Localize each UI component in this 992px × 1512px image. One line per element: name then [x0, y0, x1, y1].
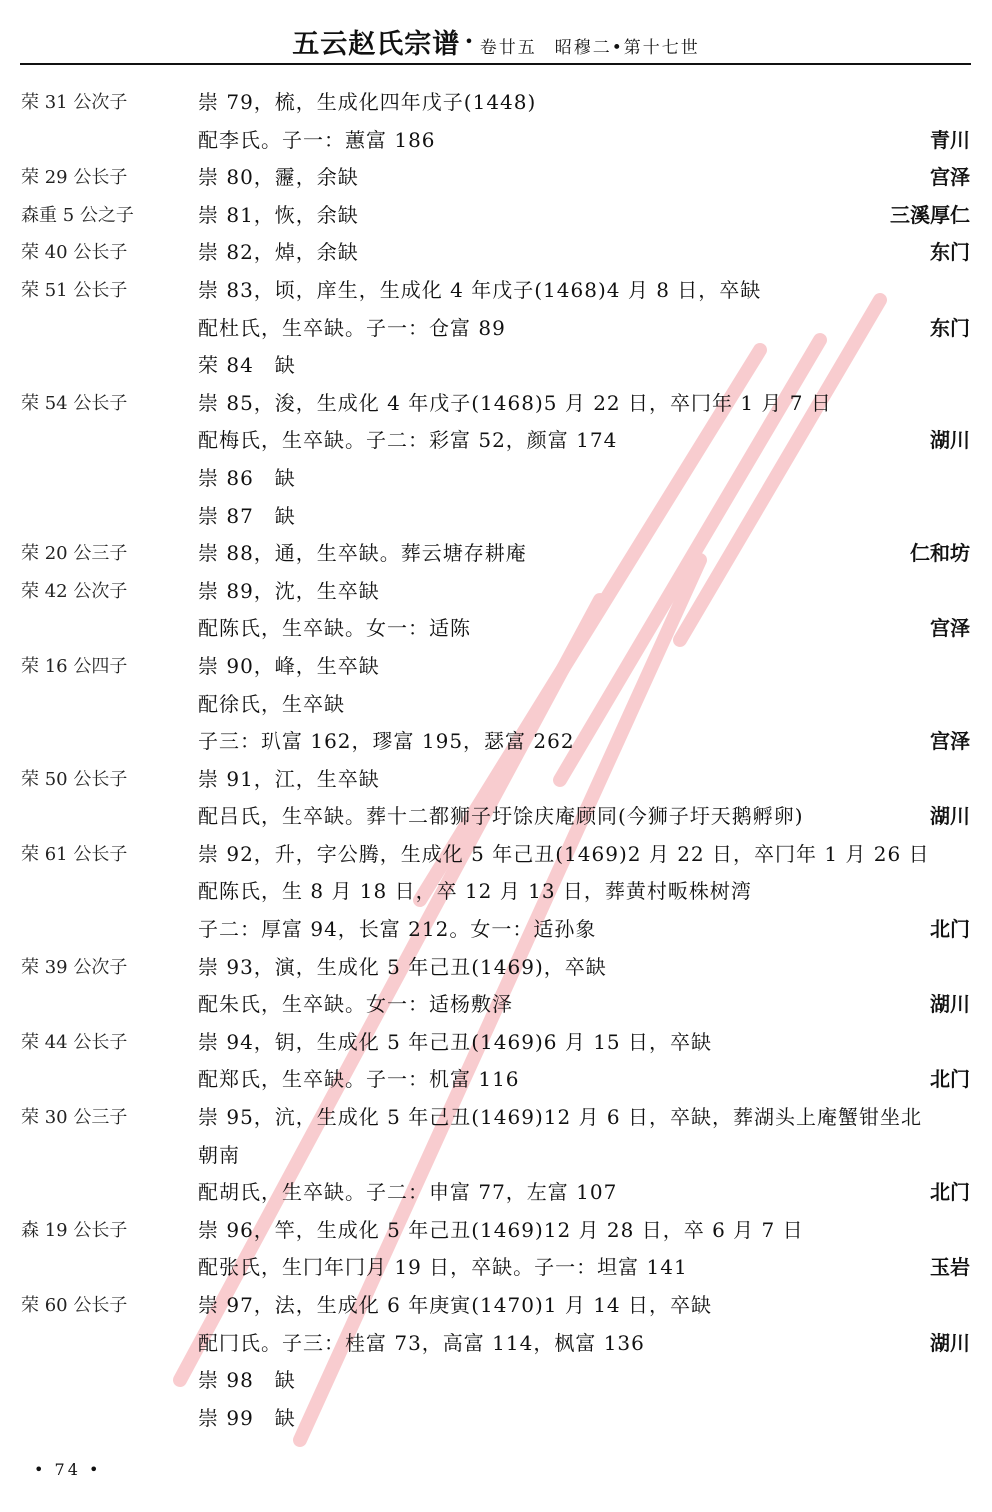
place-label: 宫泽: [930, 159, 970, 197]
entry-row: 子三：玐富 162，璆富 195，瑟富 262宫泽: [0, 723, 992, 761]
parent-label: 荣 61 公长子: [21, 836, 127, 874]
entry-row: 配张氏，生冂年冂月 19 日，卒缺。子一：坦富 141玉岩: [0, 1249, 992, 1287]
place-label: 青川: [930, 122, 970, 160]
entry-text: 配陈氏，生 8 月 18 日，卒 12 月 13 日，葬黄村畈株树湾: [198, 873, 752, 911]
section-label: 昭穆二: [555, 38, 612, 58]
entry-row: 配吕氏，生卒缺。葬十二都狮子圩馀庆庵顾同(今狮子圩天鹅孵卵)湖川: [0, 798, 992, 836]
entry-row: 荣 61 公长子崇 92，升，字公腾，生成化 5 年己丑(1469)2 月 22…: [0, 836, 992, 874]
entry-row: 荣 84 缺: [0, 347, 992, 385]
entry-row: 配徐氏，生卒缺: [0, 686, 992, 724]
entry-text: 配胡氏，生卒缺。子二：申富 77，左富 107: [198, 1174, 617, 1212]
place-label: 北门: [930, 1174, 970, 1212]
entry-text: 配徐氏，生卒缺: [198, 686, 345, 724]
volume-label: 卷廿五: [480, 38, 537, 58]
entry-text: 崇 85，浚，生成化 4 年戊子(1468)5 月 22 日，卒冂年 1 月 7…: [198, 385, 832, 423]
place-label: 北门: [930, 1061, 970, 1099]
entry-text: 配朱氏，生卒缺。女一：适杨敷泽: [198, 986, 513, 1024]
entry-row: 崇 86 缺: [0, 460, 992, 498]
entry-row: 配郑氏，生卒缺。子一：机富 116北门: [0, 1061, 992, 1099]
entry-text: 子三：玐富 162，璆富 195，瑟富 262: [198, 723, 575, 761]
place-label: 宫泽: [930, 610, 970, 648]
header-rule: [20, 63, 971, 65]
entry-text: 配吕氏，生卒缺。葬十二都狮子圩馀庆庵顾同(今狮子圩天鹅孵卵): [198, 798, 804, 836]
entry-row: 森重 5 公之子崇 81，恢，余缺三溪厚仁: [0, 197, 992, 235]
entry-row: 子二：厚富 94，长富 212。女一：适孙象北门: [0, 911, 992, 949]
entry-text: 崇 79，梳，生成化四年戊子(1448): [198, 84, 536, 122]
place-label: 宫泽: [930, 723, 970, 761]
entry-text: 崇 88，通，生卒缺。葬云塘存耕庵: [198, 535, 527, 573]
parent-label: 森 19 公长子: [21, 1212, 127, 1250]
parent-label: 森重 5 公之子: [21, 197, 134, 235]
entry-text: 崇 92，升，字公腾，生成化 5 年己丑(1469)2 月 22 日，卒冂年 1…: [198, 836, 930, 874]
entry-text: 子二：厚富 94，长富 212。女一：适孙象: [198, 911, 596, 949]
entry-text: 崇 97，法，生成化 6 年庚寅(1470)1 月 14 日，卒缺: [198, 1287, 712, 1325]
entry-text: 崇 80，靋，余缺: [198, 159, 359, 197]
entry-row: 荣 50 公长子崇 91，江，生卒缺: [0, 761, 992, 799]
place-label: 北门: [930, 911, 970, 949]
parent-label: 荣 50 公长子: [21, 761, 127, 799]
entry-row: 荣 30 公三子崇 95，沆，生成化 5 年己丑(1469)12 月 6 日，卒…: [0, 1099, 992, 1137]
parent-label: 荣 30 公三子: [21, 1099, 127, 1137]
entry-text: 崇 95，沆，生成化 5 年己丑(1469)12 月 6 日，卒缺，葬湖头上庵蟹…: [198, 1099, 922, 1137]
header-dot: •: [464, 32, 473, 51]
entry-row: 配陈氏，生 8 月 18 日，卒 12 月 13 日，葬黄村畈株树湾: [0, 873, 992, 911]
entry-text: 崇 98 缺: [198, 1362, 296, 1400]
entry-text: 朝南: [198, 1137, 240, 1175]
entry-row: 崇 98 缺: [0, 1362, 992, 1400]
entry-row: 配李氏。子一：蕙富 186青川: [0, 122, 992, 160]
place-label: 玉岩: [930, 1249, 970, 1287]
place-label: 湖川: [930, 798, 970, 836]
parent-label: 荣 31 公次子: [21, 84, 127, 122]
entry-row: 荣 39 公次子崇 93，演，生成化 5 年己丑(1469)，卒缺: [0, 949, 992, 987]
entry-text: 配郑氏，生卒缺。子一：机富 116: [198, 1061, 520, 1099]
place-label: 湖川: [930, 986, 970, 1024]
parent-label: 荣 29 公长子: [21, 159, 127, 197]
page-header: 五云赵氏宗谱•卷廿五昭穆二•第十七世: [0, 22, 992, 61]
generation-label: 第十七世: [624, 38, 700, 58]
place-label: 仁和坊: [910, 535, 970, 573]
entry-text: 崇 99 缺: [198, 1400, 296, 1438]
entry-text: 配杜氏，生卒缺。子一：仓富 89: [198, 310, 506, 348]
parent-label: 荣 40 公长子: [21, 234, 127, 272]
entry-text: 崇 82，焯，余缺: [198, 234, 359, 272]
entry-text: 崇 81，恢，余缺: [198, 197, 359, 235]
entry-row: 荣 44 公长子崇 94，钥，生成化 5 年己丑(1469)6 月 15 日，卒…: [0, 1024, 992, 1062]
entry-text: 配梅氏，生卒缺。子二：彩富 52，颜富 174: [198, 422, 617, 460]
entry-row: 荣 40 公长子崇 82，焯，余缺东门: [0, 234, 992, 272]
entry-row: 崇 87 缺: [0, 498, 992, 536]
parent-label: 荣 16 公四子: [21, 648, 127, 686]
entry-row: 荣 42 公次子崇 89，沈，生卒缺: [0, 573, 992, 611]
header-dot-2: •: [612, 38, 624, 58]
parent-label: 荣 51 公长子: [21, 272, 127, 310]
parent-label: 荣 44 公长子: [21, 1024, 127, 1062]
place-label: 东门: [930, 310, 970, 348]
entry-text: 荣 84 缺: [198, 347, 296, 385]
page-number: • 74 •: [34, 1460, 101, 1479]
parent-label: 荣 20 公三子: [21, 535, 127, 573]
entry-text: 崇 90，峰，生卒缺: [198, 648, 380, 686]
entry-row: 森 19 公长子崇 96，竿，生成化 5 年己丑(1469)12 月 28 日，…: [0, 1212, 992, 1250]
entry-row: 崇 99 缺: [0, 1400, 992, 1438]
entry-row: 配梅氏，生卒缺。子二：彩富 52，颜富 174湖川: [0, 422, 992, 460]
parent-label: 荣 39 公次子: [21, 949, 127, 987]
entry-row: 朝南: [0, 1137, 992, 1175]
place-label: 三溪厚仁: [890, 197, 970, 235]
entry-text: 崇 96，竿，生成化 5 年己丑(1469)12 月 28 日，卒 6 月 7 …: [198, 1212, 804, 1250]
entry-row: 配陈氏，生卒缺。女一：适陈宫泽: [0, 610, 992, 648]
entry-row: 荣 29 公长子崇 80，靋，余缺宫泽: [0, 159, 992, 197]
parent-label: 荣 42 公次子: [21, 573, 127, 611]
entry-row: 配胡氏，生卒缺。子二：申富 77，左富 107北门: [0, 1174, 992, 1212]
parent-label: 荣 60 公长子: [21, 1287, 127, 1325]
parent-label: 荣 54 公长子: [21, 385, 127, 423]
book-title: 五云赵氏宗谱: [292, 29, 460, 60]
entry-text: 崇 93，演，生成化 5 年己丑(1469)，卒缺: [198, 949, 607, 987]
entry-row: 荣 54 公长子崇 85，浚，生成化 4 年戊子(1468)5 月 22 日，卒…: [0, 385, 992, 423]
entry-text: 崇 86 缺: [198, 460, 296, 498]
entry-row: 荣 16 公四子崇 90，峰，生卒缺: [0, 648, 992, 686]
entry-text: 崇 91，江，生卒缺: [198, 761, 380, 799]
entry-text: 崇 83，顷，庠生，生成化 4 年戊子(1468)4 月 8 日，卒缺: [198, 272, 761, 310]
entry-row: 荣 60 公长子崇 97，法，生成化 6 年庚寅(1470)1 月 14 日，卒…: [0, 1287, 992, 1325]
entry-text: 配陈氏，生卒缺。女一：适陈: [198, 610, 471, 648]
entry-row: 荣 51 公长子崇 83，顷，庠生，生成化 4 年戊子(1468)4 月 8 日…: [0, 272, 992, 310]
genealogy-entries: 荣 31 公次子崇 79，梳，生成化四年戊子(1448) 配李氏。子一：蕙富 1…: [0, 84, 992, 1437]
entry-text: 配李氏。子一：蕙富 186: [198, 122, 436, 160]
entry-row: 荣 20 公三子崇 88，通，生卒缺。葬云塘存耕庵仁和坊: [0, 535, 992, 573]
place-label: 湖川: [930, 1325, 970, 1363]
entry-row: 配朱氏，生卒缺。女一：适杨敷泽湖川: [0, 986, 992, 1024]
entry-text: 配张氏，生冂年冂月 19 日，卒缺。子一：坦富 141: [198, 1249, 688, 1287]
place-label: 湖川: [930, 422, 970, 460]
place-label: 东门: [930, 234, 970, 272]
entry-text: 崇 94，钥，生成化 5 年己丑(1469)6 月 15 日，卒缺: [198, 1024, 712, 1062]
entry-row: 配杜氏，生卒缺。子一：仓富 89东门: [0, 310, 992, 348]
entry-text: 崇 87 缺: [198, 498, 296, 536]
entry-row: 配冂氏。子三：桂富 73，高富 114，枫富 136湖川: [0, 1325, 992, 1363]
entry-row: 荣 31 公次子崇 79，梳，生成化四年戊子(1448): [0, 84, 992, 122]
entry-text: 崇 89，沈，生卒缺: [198, 573, 380, 611]
entry-text: 配冂氏。子三：桂富 73，高富 114，枫富 136: [198, 1325, 645, 1363]
